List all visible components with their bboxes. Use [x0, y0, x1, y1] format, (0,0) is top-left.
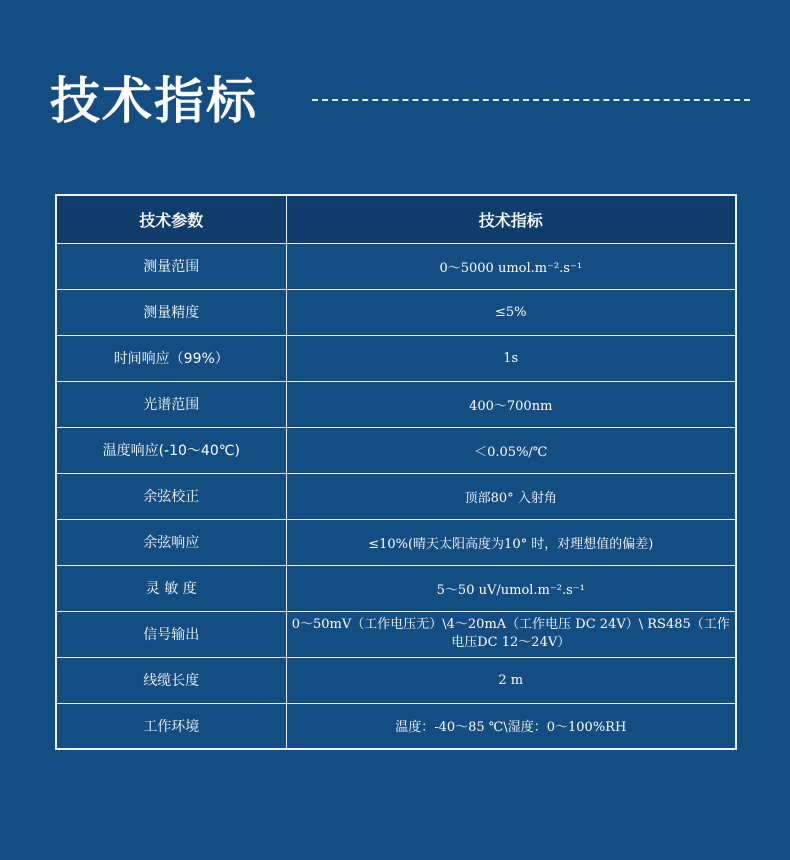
value-cell: ＜0.05%/℃	[286, 427, 736, 473]
table-header-row: 技术参数 技术指标	[56, 195, 736, 243]
table-row: 余弦响应 ≤10%(晴天太阳高度为10° 时，对理想值的偏差)	[56, 519, 736, 565]
value-cell: 2 m	[286, 657, 736, 703]
page-title: 技术指标	[50, 66, 258, 136]
table-row: 光谱范围 400～700nm	[56, 381, 736, 427]
value-cell: 1s	[286, 335, 736, 381]
param-cell: 测量精度	[56, 289, 286, 335]
value-cell: 温度：-40～85 ℃\湿度：0～100%RH	[286, 703, 736, 749]
value-cell: ≤5%	[286, 289, 736, 335]
param-cell: 测量范围	[56, 243, 286, 289]
value-cell: 400～700nm	[286, 381, 736, 427]
table-row: 信号输出 0～50mV（工作电压无）\4～20mA（工作电压 DC 24V）\ …	[56, 611, 736, 657]
table-row: 测量范围 0～5000 umol.m⁻².s⁻¹	[56, 243, 736, 289]
param-cell: 灵 敏 度	[56, 565, 286, 611]
table-row: 温度响应(-10～40℃) ＜0.05%/℃	[56, 427, 736, 473]
table-row: 灵 敏 度 5～50 uV/umol.m⁻².s⁻¹	[56, 565, 736, 611]
value-cell: 0～50mV（工作电压无）\4～20mA（工作电压 DC 24V）\ RS485…	[286, 611, 736, 657]
table-row: 测量精度 ≤5%	[56, 289, 736, 335]
param-cell: 温度响应(-10～40℃)	[56, 427, 286, 473]
table-row: 时间响应（99%） 1s	[56, 335, 736, 381]
param-cell: 工作环境	[56, 703, 286, 749]
table-row: 线缆长度 2 m	[56, 657, 736, 703]
param-cell: 时间响应（99%）	[56, 335, 286, 381]
value-cell: ≤10%(晴天太阳高度为10° 时，对理想值的偏差)	[286, 519, 736, 565]
column-header-param: 技术参数	[56, 195, 286, 243]
column-header-value: 技术指标	[286, 195, 736, 243]
param-cell: 光谱范围	[56, 381, 286, 427]
value-cell: 5～50 uV/umol.m⁻².s⁻¹	[286, 565, 736, 611]
value-cell: 顶部80° 入射角	[286, 473, 736, 519]
param-cell: 余弦校正	[56, 473, 286, 519]
table-row: 工作环境 温度：-40～85 ℃\湿度：0～100%RH	[56, 703, 736, 749]
param-cell: 线缆长度	[56, 657, 286, 703]
param-cell: 余弦响应	[56, 519, 286, 565]
param-cell: 信号输出	[56, 611, 286, 657]
value-cell: 0～5000 umol.m⁻².s⁻¹	[286, 243, 736, 289]
table-row: 余弦校正 顶部80° 入射角	[56, 473, 736, 519]
dashed-divider	[312, 99, 750, 101]
spec-table: 技术参数 技术指标 测量范围 0～5000 umol.m⁻².s⁻¹ 测量精度 …	[55, 194, 737, 750]
